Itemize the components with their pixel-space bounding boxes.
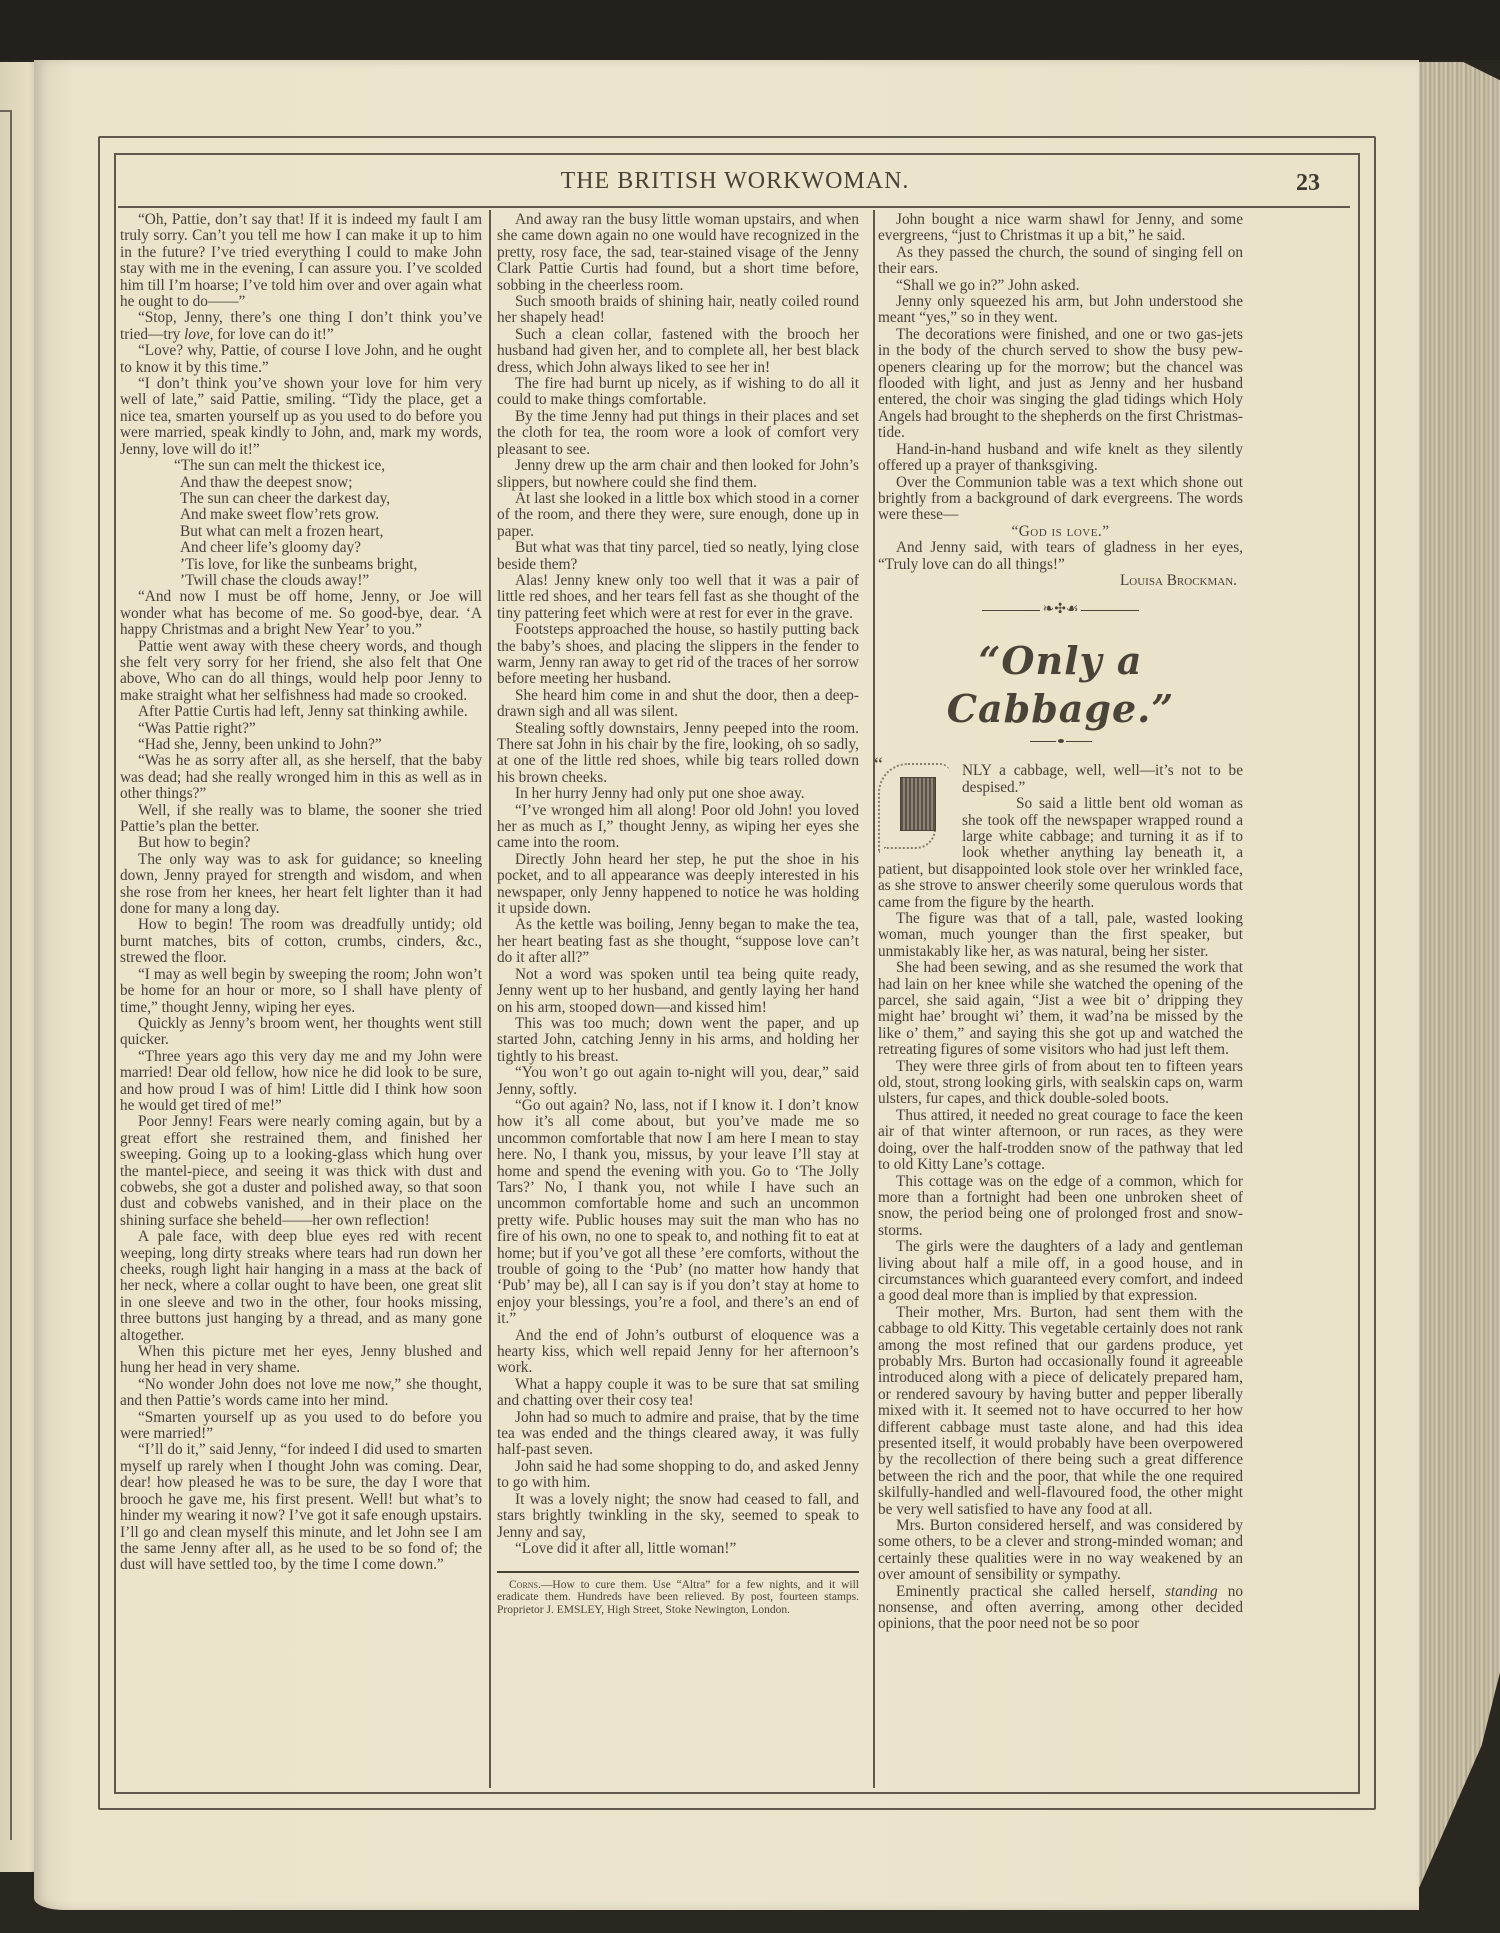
paragraph: John had so much to admire and praise, t…	[497, 1410, 859, 1459]
paragraph: But how to begin?	[120, 835, 482, 851]
story-title: “Only a Cabbage.”	[878, 637, 1243, 733]
fleuron-icon: ❧✣☙	[1042, 605, 1078, 615]
decorated-initial-o-icon: “	[874, 757, 952, 851]
advertisement-body: —How to cure them. Use “Altra” for a few…	[497, 1579, 859, 1616]
poem-line: The sun can cheer the darkest day,	[180, 491, 482, 507]
paragraph: Such smooth braids of shining hair, neat…	[497, 294, 859, 327]
paragraph: And the end of John’s outburst of eloque…	[497, 1328, 859, 1377]
paragraph: She had been sewing, and as she resumed …	[878, 960, 1243, 1058]
facing-page-border	[10, 110, 12, 1840]
paragraph: This was too much; down went the paper, …	[497, 1016, 859, 1065]
poem-line: “The sun can melt the thickest ice,	[174, 458, 482, 474]
advertisement-rule	[497, 1571, 859, 1573]
paragraph: Mrs. Burton considered herself, and was …	[878, 1518, 1243, 1584]
divider-line	[982, 610, 1040, 612]
poem-line: But what can melt a frozen heart,	[180, 524, 482, 540]
ornament-dot-icon	[1058, 739, 1064, 743]
section-divider-ornament: ❧✣☙	[878, 605, 1243, 615]
paragraph: “I’ve wronged him all along! Poor old Jo…	[497, 803, 859, 852]
paragraph: “Had she, Jenny, been unkind to John?”	[120, 737, 482, 753]
paragraph: By the time Jenny had put things in thei…	[497, 409, 859, 458]
paragraph: Thus attired, it needed no great courage…	[878, 1108, 1243, 1174]
paragraph: Footsteps approached the house, so hasti…	[497, 622, 859, 688]
poem-line: ’Twill chase the clouds away!”	[180, 573, 482, 589]
paragraph: Directly John heard her step, he put the…	[497, 852, 859, 918]
paragraph: They were three girls of from about ten …	[878, 1059, 1243, 1108]
paragraph: The figure was that of a tall, pale, was…	[878, 911, 1243, 960]
column-divider-1	[489, 210, 491, 1788]
header-rule	[118, 206, 1350, 208]
paragraph: A pale face, with deep blue eyes red wit…	[120, 1229, 482, 1344]
divider-line	[1030, 741, 1056, 743]
poem-line: ’Tis love, for like the sunbeams bright,	[180, 557, 482, 573]
emphasis: love,	[184, 326, 213, 343]
paragraph: At last she looked in a little box which…	[497, 491, 859, 540]
paragraph: As the kettle was boiling, Jenny began t…	[497, 917, 859, 966]
paragraph: “No wonder John does not love me now,” s…	[120, 1377, 482, 1410]
divider-line	[1066, 741, 1092, 743]
book-page-edges	[1408, 62, 1500, 1892]
initial-letter-block	[900, 777, 936, 831]
paragraph: How to begin! The room was dreadfully un…	[120, 917, 482, 966]
paragraph: “Was Pattie right?”	[120, 721, 482, 737]
paragraph: After Pattie Curtis had left, Jenny sat …	[120, 704, 482, 720]
poem-line: And make sweet flow’rets grow.	[180, 507, 482, 523]
paragraph: “I’ll do it,” said Jenny, “for indeed I …	[120, 1442, 482, 1573]
advertisement: Corns.—How to cure them. Use “Altra” for…	[497, 1579, 859, 1617]
paragraph: Not a word was spoken until tea being qu…	[497, 967, 859, 1016]
paragraph: In her hurry Jenny had only put one shoe…	[497, 786, 859, 802]
paragraph: Quickly as Jenny’s broom went, her thoug…	[120, 1016, 482, 1049]
paragraph: It was a lovely night; the snow had ceas…	[497, 1492, 859, 1541]
column-1: “Oh, Pattie, don’t say that! If it is in…	[120, 212, 482, 1574]
poem: “The sun can melt the thickest ice, And …	[180, 458, 482, 589]
emphasis: standing	[1165, 1583, 1218, 1600]
paragraph: But what was that tiny parcel, tied so n…	[497, 540, 859, 573]
paragraph: John bought a nice warm shawl for Jenny,…	[878, 212, 1243, 245]
paragraph: “Three years ago this very day me and my…	[120, 1049, 482, 1115]
paragraph: The only way was to ask for guidance; so…	[120, 852, 482, 918]
column-2: And away ran the busy little woman upsta…	[497, 212, 859, 1617]
paragraph: Stealing softly downstairs, Jenny peeped…	[497, 721, 859, 787]
story-opening: “ NLY a cabbage, well, well—it’s not to …	[878, 763, 1243, 911]
facing-page-border-top	[0, 110, 12, 112]
title-underline-ornament	[878, 739, 1243, 743]
opening-quote-mark: “	[874, 757, 883, 773]
paragraph: This cottage was on the edge of a common…	[878, 1174, 1243, 1240]
paragraph: Well, if she really was to blame, the so…	[120, 803, 482, 836]
paragraph: As they passed the church, the sound of …	[878, 245, 1243, 278]
text-run: Eminently practical she called herself,	[896, 1583, 1165, 1600]
paragraph: “And now I must be off home, Jenny, or J…	[120, 589, 482, 638]
text-run: for love can do it!”	[213, 326, 333, 343]
paragraph: “Love did it after all, little woman!”	[497, 1541, 859, 1557]
paragraph: “Go out again? No, lass, not if I know i…	[497, 1098, 859, 1328]
column-divider-2	[873, 210, 875, 1788]
poem-line: And cheer life’s gloomy day?	[180, 540, 482, 556]
paragraph: Pattie went away with these cheery words…	[120, 639, 482, 705]
paragraph: Eminently practical she called herself, …	[878, 1584, 1243, 1633]
paragraph: Hand-in-hand husband and wife knelt as t…	[878, 442, 1243, 475]
paragraph: And Jenny said, with tears of gladness i…	[878, 540, 1243, 573]
paragraph: “Smarten yourself up as you used to do b…	[120, 1410, 482, 1443]
paragraph: “Stop, Jenny, there’s one thing I don’t …	[120, 310, 482, 343]
paragraph: “I may as well begin by sweeping the roo…	[120, 967, 482, 1016]
paragraph: The fire had burnt up nicely, as if wish…	[497, 376, 859, 409]
paragraph: The girls were the daughters of a lady a…	[878, 1239, 1243, 1305]
paragraph: Jenny drew up the arm chair and then loo…	[497, 458, 859, 491]
paragraph: She heard him come in and shut the door,…	[497, 688, 859, 721]
author-signature: Louisa Brockman.	[878, 573, 1243, 589]
paragraph: Such a clean collar, fastened with the b…	[497, 327, 859, 376]
paragraph: Jenny only squeezed his arm, but John un…	[878, 294, 1243, 327]
paragraph: The decorations were finished, and one o…	[878, 327, 1243, 442]
paragraph: “Oh, Pattie, don’t say that! If it is in…	[120, 212, 482, 310]
column-3: John bought a nice warm shawl for Jenny,…	[878, 212, 1243, 1633]
page-number: 23	[1200, 170, 1320, 197]
paragraph: Their mother, Mrs. Burton, had sent them…	[878, 1305, 1243, 1518]
divider-line	[1081, 610, 1139, 612]
background-top	[0, 0, 1500, 60]
advertisement-lead: Corns.	[509, 1579, 541, 1591]
paragraph: “Shall we go in?” John asked.	[878, 278, 1243, 294]
paragraph: Poor Jenny! Fears were nearly coming aga…	[120, 1114, 482, 1229]
poem-line: And thaw the deepest snow;	[180, 475, 482, 491]
paragraph: What a happy couple it was to be sure th…	[497, 1377, 859, 1410]
running-title: THE BRITISH WORKWOMAN.	[114, 168, 1356, 198]
paragraph: Over the Communion table was a text whic…	[878, 475, 1243, 524]
paragraph: “Was he as sorry after all, as she herse…	[120, 753, 482, 802]
paragraph: John said he had some shopping to do, an…	[497, 1459, 859, 1492]
paragraph: “You won’t go out again to-night will yo…	[497, 1065, 859, 1098]
paragraph: When this picture met her eyes, Jenny bl…	[120, 1344, 482, 1377]
paragraph: And away ran the busy little woman upsta…	[497, 212, 859, 294]
paragraph: “Love? why, Pattie, of course I love Joh…	[120, 343, 482, 376]
paragraph: “I don’t think you’ve shown your love fo…	[120, 376, 482, 458]
scripture-text: “God is love.”	[878, 524, 1243, 540]
paragraph: Alas! Jenny knew only too well that it w…	[497, 573, 859, 622]
